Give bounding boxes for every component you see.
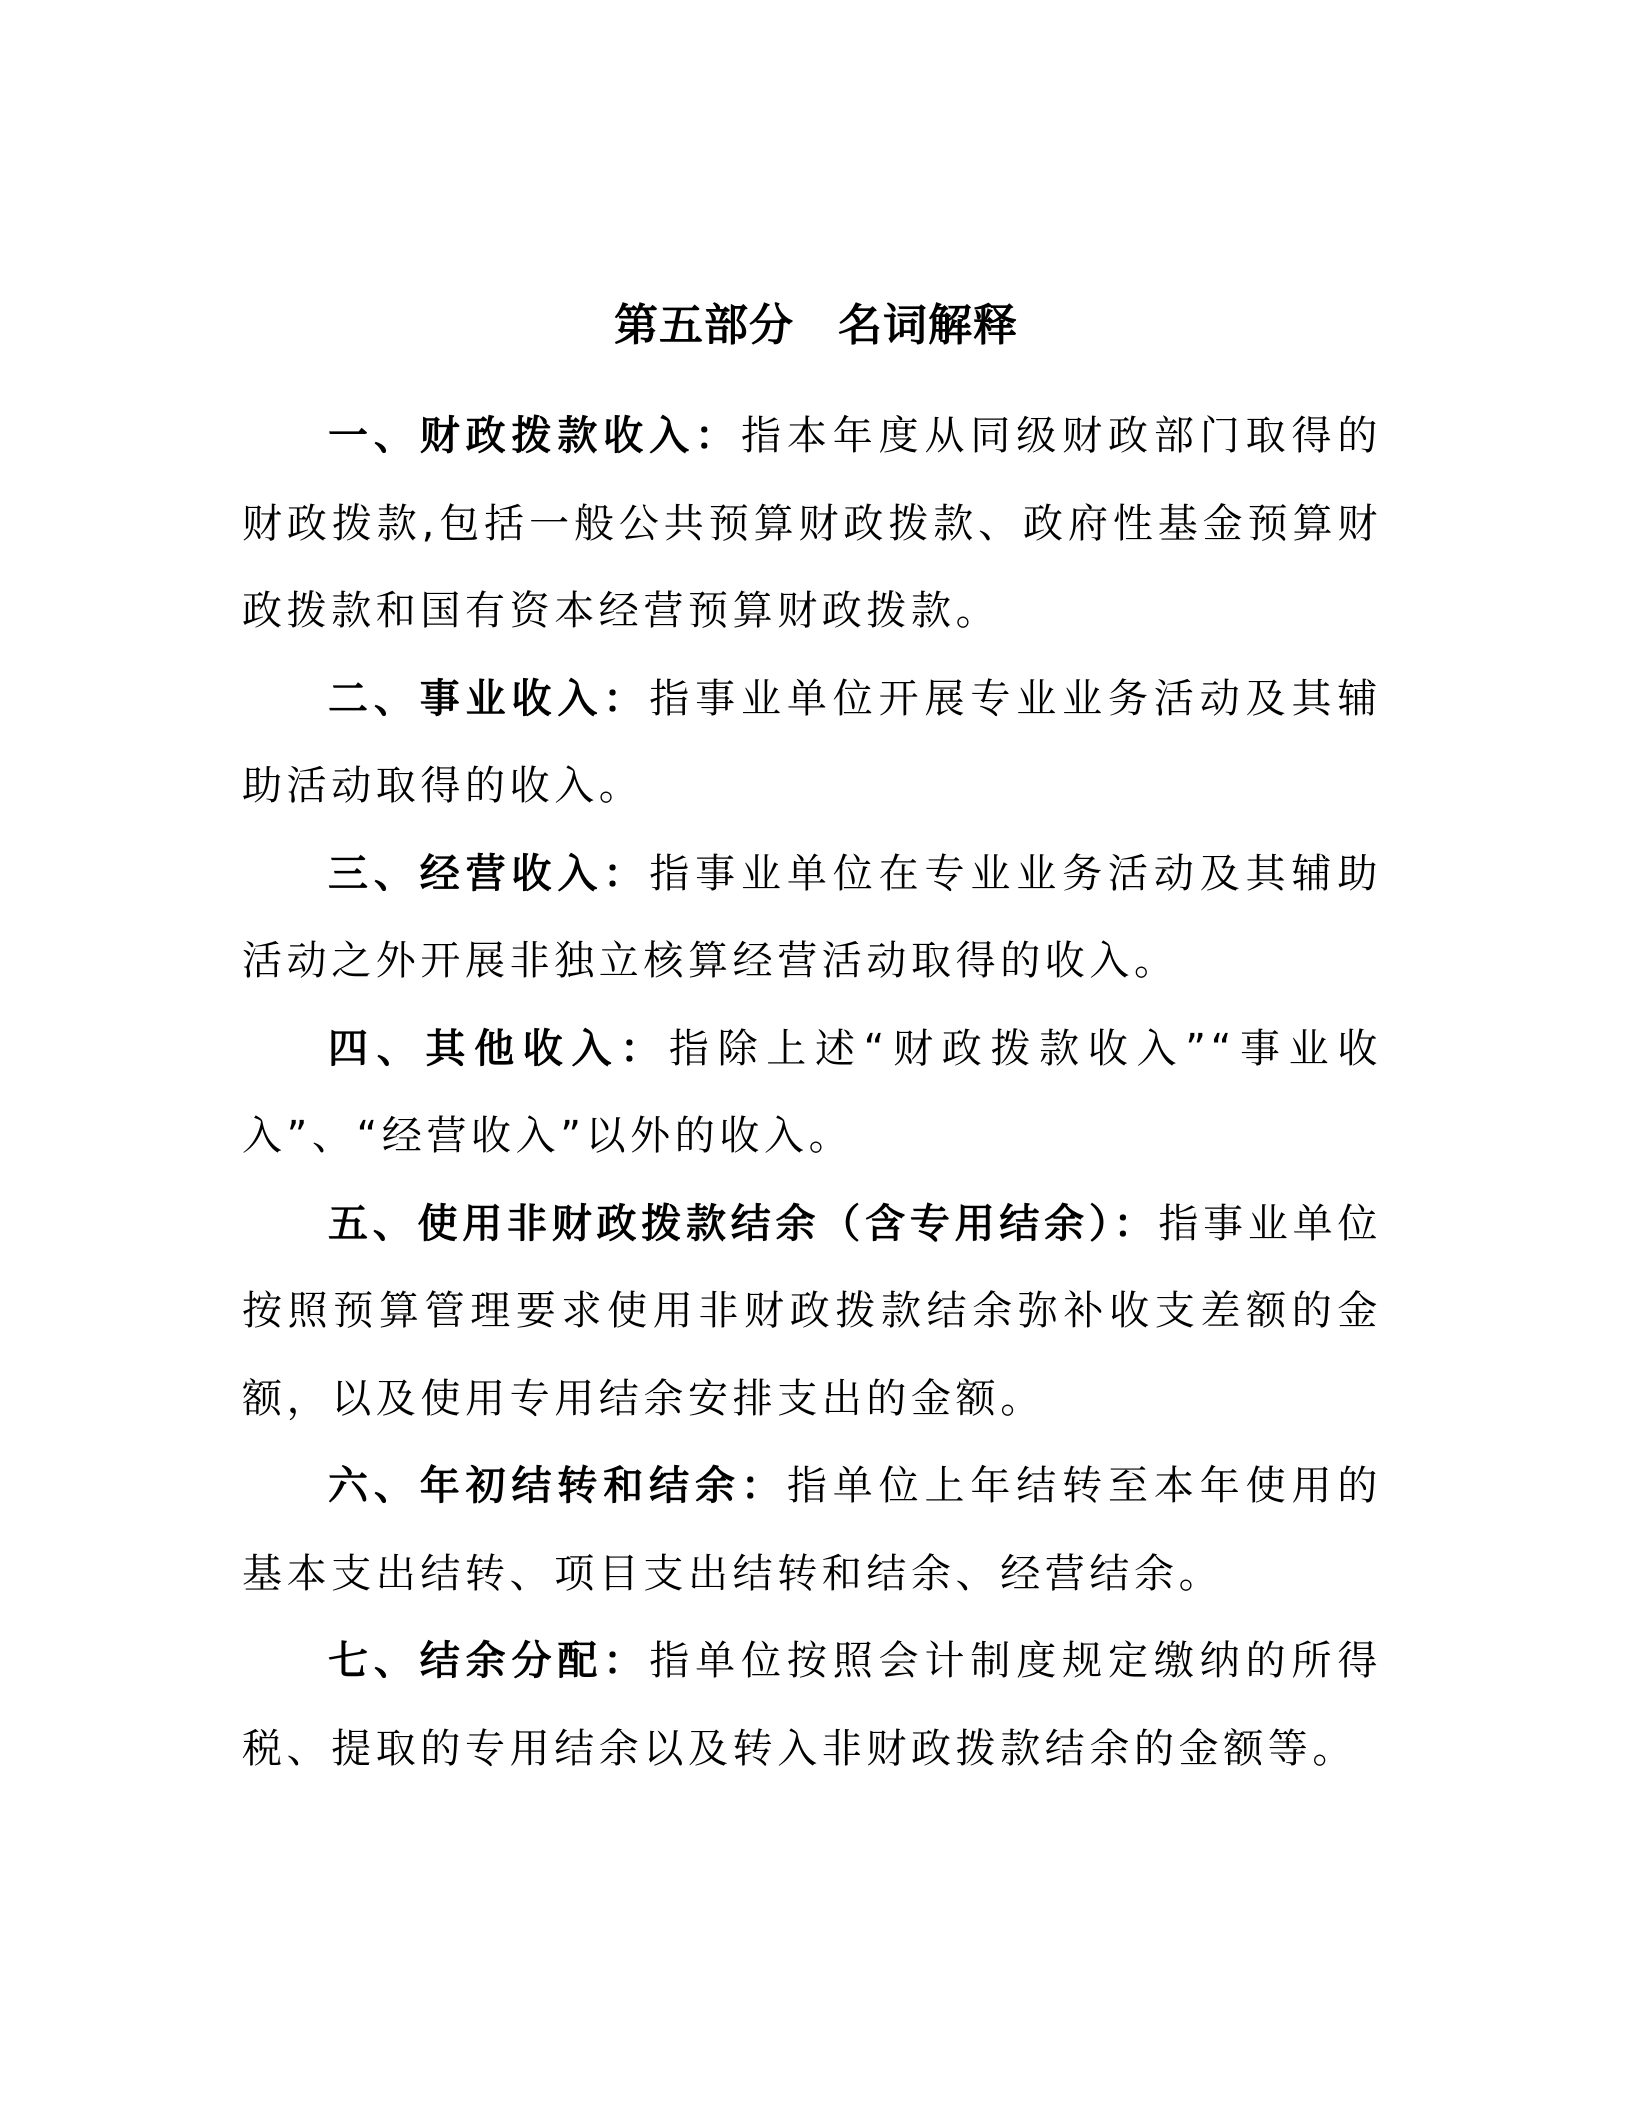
definition-paragraph-6: 六、年初结转和结余：指单位上年结转至本年使用的基本支出结转、项目支出结转和结余、… bbox=[242, 1443, 1382, 1618]
definition-paragraph-7: 七、结余分配：指单位按照会计制度规定缴纳的所得税、提取的专用结余以及转入非财政拨… bbox=[242, 1618, 1382, 1793]
term-2: 二、事业收入 bbox=[328, 676, 603, 722]
term-4: 四、其他收入 bbox=[328, 1026, 620, 1072]
term-6: 六、年初结转和结余 bbox=[328, 1463, 741, 1509]
document-page: 第五部分名词解释 一、财政拨款收入：指本年度从同级财政部门取得的财政拨款,包括一… bbox=[0, 0, 1632, 2112]
title-part: 第五部分 bbox=[614, 300, 794, 351]
term-colon-5: ： bbox=[1114, 1201, 1159, 1247]
definition-paragraph-3: 三、经营收入：指事业单位在专业业务活动及其辅助活动之外开展非独立核算经营活动取得… bbox=[242, 831, 1382, 1006]
term-3: 三、经营收入 bbox=[328, 851, 603, 897]
term-5: 五、使用非财政拨款结余（含专用结余） bbox=[328, 1201, 1114, 1247]
definition-paragraph-2: 二、事业收入：指事业单位开展专业业务活动及其辅助活动取得的收入。 bbox=[242, 656, 1382, 831]
term-1: 一、财政拨款收入 bbox=[328, 413, 695, 459]
definition-paragraph-4: 四、其他收入：指除上述“财政拨款收入”“事业收入”、“经营收入”以外的收入。 bbox=[242, 1006, 1382, 1181]
term-colon-3: ： bbox=[603, 851, 649, 897]
term-7: 七、结余分配 bbox=[328, 1638, 603, 1684]
term-colon-6: ： bbox=[741, 1463, 787, 1509]
definition-paragraph-1: 一、财政拨款收入：指本年度从同级财政部门取得的财政拨款,包括一般公共预算财政拨款… bbox=[242, 393, 1382, 656]
term-colon-7: ： bbox=[603, 1638, 649, 1684]
term-colon-2: ： bbox=[603, 676, 649, 722]
page-title: 第五部分名词解释 bbox=[0, 296, 1632, 356]
document-body: 一、财政拨款收入：指本年度从同级财政部门取得的财政拨款,包括一般公共预算财政拨款… bbox=[242, 393, 1382, 1793]
definition-paragraph-5: 五、使用非财政拨款结余（含专用结余）：指事业单位按照预算管理要求使用非财政拨款结… bbox=[242, 1181, 1382, 1444]
term-colon-4: ： bbox=[620, 1026, 669, 1072]
title-name: 名词解释 bbox=[838, 300, 1018, 351]
term-colon-1: ： bbox=[695, 413, 741, 459]
